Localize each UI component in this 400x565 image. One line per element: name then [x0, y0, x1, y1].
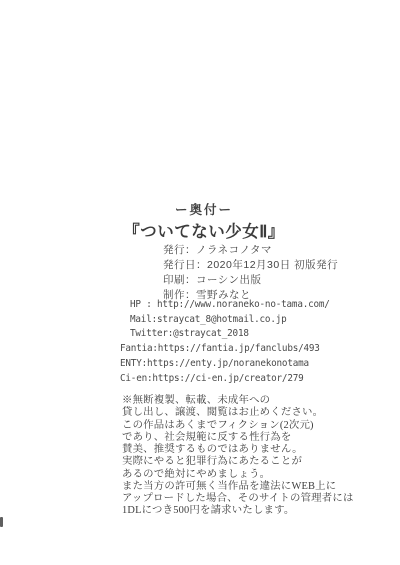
publication-info: 発行：ノラネコノタマ 発行日：2020年12月30日 初版発行 印刷：コーシン出… — [163, 243, 338, 303]
colophon-header: ー奥付ー — [4, 200, 400, 218]
disclaimer-line: アップロードした場合、そのサイトの管理者には — [122, 493, 354, 505]
contact-line-twitter: Twitter:@straycat_2018 — [120, 327, 330, 342]
publisher-line: 発行：ノラネコノタマ — [163, 243, 338, 258]
disclaimer-line: 賛美、推奨するものではありません。 — [122, 444, 354, 456]
contact-line-fantia: Fantia:https://fantia.jp/fanclubs/493 — [120, 342, 330, 357]
scan-artifact — [0, 517, 3, 527]
contact-list: HP : http://www.noraneko-no-tama.com/ Ma… — [120, 298, 330, 386]
disclaimer-line: この作品はあくまでフィクション(2次元) — [122, 420, 354, 432]
disclaimer-line: ※無断複製、転載、未成年への — [122, 395, 354, 407]
disclaimer-text: ※無断複製、転載、未成年への 貸し出し、譲渡、閲覧はお止めください。 この作品は… — [122, 395, 354, 518]
disclaimer-line: また当方の許可無く当作品を違法にWEB上に — [122, 481, 354, 493]
contact-line-enty: ENTY:https://enty.jp/noranekonotama — [120, 357, 330, 372]
colophon-page: ー奥付ー 『ついてない少女Ⅱ』 発行：ノラネコノタマ 発行日：2020年12月3… — [0, 0, 400, 565]
printer-line: 印刷：コーシン出版 — [163, 273, 338, 288]
disclaimer-line: であり、社会規範に反する性行為を — [122, 432, 354, 444]
contact-line-cien: Ci-en:https://ci-en.jp/creator/279 — [120, 372, 330, 387]
disclaimer-line: 実際にやると犯罪行為にあたることが — [122, 456, 354, 468]
contact-line-hp: HP : http://www.noraneko-no-tama.com/ — [120, 298, 330, 313]
contact-line-mail: Mail:straycat_8@hotmail.co.jp — [120, 313, 330, 328]
book-title: 『ついてない少女Ⅱ』 — [4, 218, 400, 242]
publish-date-line: 発行日：2020年12月30日 初版発行 — [163, 258, 338, 273]
disclaimer-line: 貸し出し、譲渡、閲覧はお止めください。 — [122, 407, 354, 419]
disclaimer-line: あるので絶対にやめましょう。 — [122, 469, 354, 481]
disclaimer-line: 1DLにつき500円を請求いたします。 — [122, 505, 354, 517]
